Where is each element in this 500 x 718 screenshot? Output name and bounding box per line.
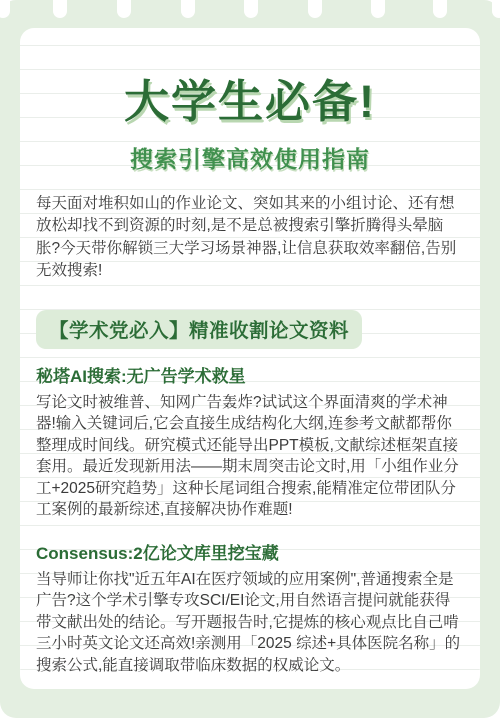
- binder-hole: [371, 0, 385, 18]
- binder-hole: [181, 0, 195, 18]
- intro-paragraph: 每天面对堆积如山的作业论文、突如其来的小组讨论、还有想放松却找不到资源的时刻,是…: [36, 193, 464, 283]
- binder-hole: [433, 0, 447, 18]
- section-body-mita-ai: 写论文时被维普、知网广告轰炸?试试这个界面清爽的学术神器!输入关键词后,它会直接…: [36, 392, 464, 521]
- section-heading-mita-ai: 秘塔AI搜索:无广告学术救星: [36, 362, 464, 387]
- note-card: 大学生必备! 搜索引擎高效使用指南 每天面对堆积如山的作业论文、突如其来的小组讨…: [20, 28, 480, 689]
- page-title: 大学生必备!: [36, 28, 464, 128]
- binder-hole: [492, 0, 500, 18]
- binder-hole: [53, 0, 67, 18]
- section-banner: 【学术党必入】精准收割论文资料: [36, 310, 362, 349]
- page-background: 大学生必备! 搜索引擎高效使用指南 每天面对堆积如山的作业论文、突如其来的小组讨…: [0, 0, 500, 718]
- binder-hole: [308, 0, 322, 18]
- section-heading-consensus: Consensus:2亿论文库里挖宝藏: [36, 539, 464, 564]
- binder-hole: [117, 0, 131, 18]
- section-body-consensus: 当导师让你找"近五年AI在医疗领域的应用案例",普通搜索全是广告?这个学术引擎专…: [36, 569, 464, 677]
- page-subtitle: 搜索引擎高效使用指南: [36, 141, 464, 174]
- binder-hole: [0, 0, 10, 18]
- infographic-page: 大学生必备! 搜索引擎高效使用指南 每天面对堆积如山的作业论文、突如其来的小组讨…: [0, 0, 500, 718]
- binder-hole: [244, 0, 258, 18]
